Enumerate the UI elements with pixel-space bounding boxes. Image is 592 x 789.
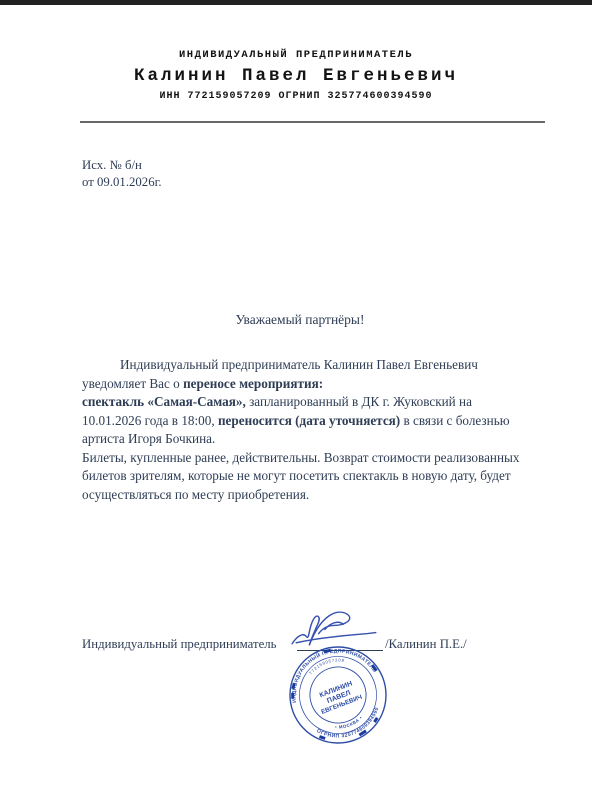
body-text-segment: 10.01.2026 года в 18:00, [82, 413, 218, 428]
body-text-segment: в связи с болезнью [400, 413, 509, 428]
body-text-segment: запланированный в ДК г. Жуковский на [246, 394, 472, 409]
body-text-segment: Билеты, купленные ранее, действительны. … [82, 450, 520, 465]
outgoing-number: Исх. № б/н [82, 157, 162, 174]
body-text-segment: Индивидуальный предприниматель Калинин П… [120, 357, 478, 372]
letterhead-rule [80, 121, 545, 123]
body-line: осуществляться по месту приобретения. [82, 486, 552, 505]
body-line: спектакль «Самая-Самая», запланированный… [82, 393, 552, 412]
body-line: билетов зрителям, которые не могут посет… [82, 467, 552, 486]
screenshot-top-bar [0, 0, 592, 5]
body-line: 10.01.2026 года в 18:00, переносится (да… [82, 412, 552, 431]
signature-label: Индивидуальный предприниматель [82, 637, 277, 652]
letter-date: от 09.01.2026г. [82, 174, 162, 191]
body-text-segment: артиста Игоря Бочкина. [82, 431, 215, 446]
letterhead: ИНДИВИДУАЛЬНЫЙ ПРЕДПРИНИМАТЕЛЬ Калинин П… [0, 48, 592, 103]
body-text-segment: билетов зрителям, которые не могут посет… [82, 468, 511, 483]
body-text-segment: уведомляет Вас о [82, 376, 183, 391]
body-text-segment: переносится (дата уточняется) [218, 413, 400, 428]
body-text: Индивидуальный предприниматель Калинин П… [82, 356, 552, 504]
body-line: Индивидуальный предприниматель Калинин П… [82, 356, 552, 375]
round-stamp: ИНДИВИДУАЛЬНЫЙ ПРЕДПРИНИМАТЕЛЬ ОГРНИП 32… [288, 645, 388, 745]
body-line: Билеты, купленные ранее, действительны. … [82, 449, 552, 468]
letterhead-org-type: ИНДИВИДУАЛЬНЫЙ ПРЕДПРИНИМАТЕЛЬ [0, 48, 592, 62]
letterhead-name: Калинин Павел Евгеньевич [0, 64, 592, 88]
reference-block: Исх. № б/н от 09.01.2026г. [82, 157, 162, 191]
salutation: Уважаемый партнёры! [0, 312, 592, 328]
letter-page: ИНДИВИДУАЛЬНЫЙ ПРЕДПРИНИМАТЕЛЬ Калинин П… [0, 0, 592, 789]
body-text-segment: осуществляться по месту приобретения. [82, 487, 309, 502]
body-text-segment: переносе мероприятия: [183, 376, 323, 391]
letterhead-requisites: ИНН 772159057209 ОГРНИП 325774600394590 [0, 90, 592, 103]
body-line: уведомляет Вас о переносе мероприятия: [82, 375, 552, 394]
body-line: артиста Игоря Бочкина. [82, 430, 552, 449]
body-text-segment: спектакль «Самая-Самая», [82, 394, 246, 409]
signature-name: /Калинин П.Е./ [385, 637, 467, 652]
